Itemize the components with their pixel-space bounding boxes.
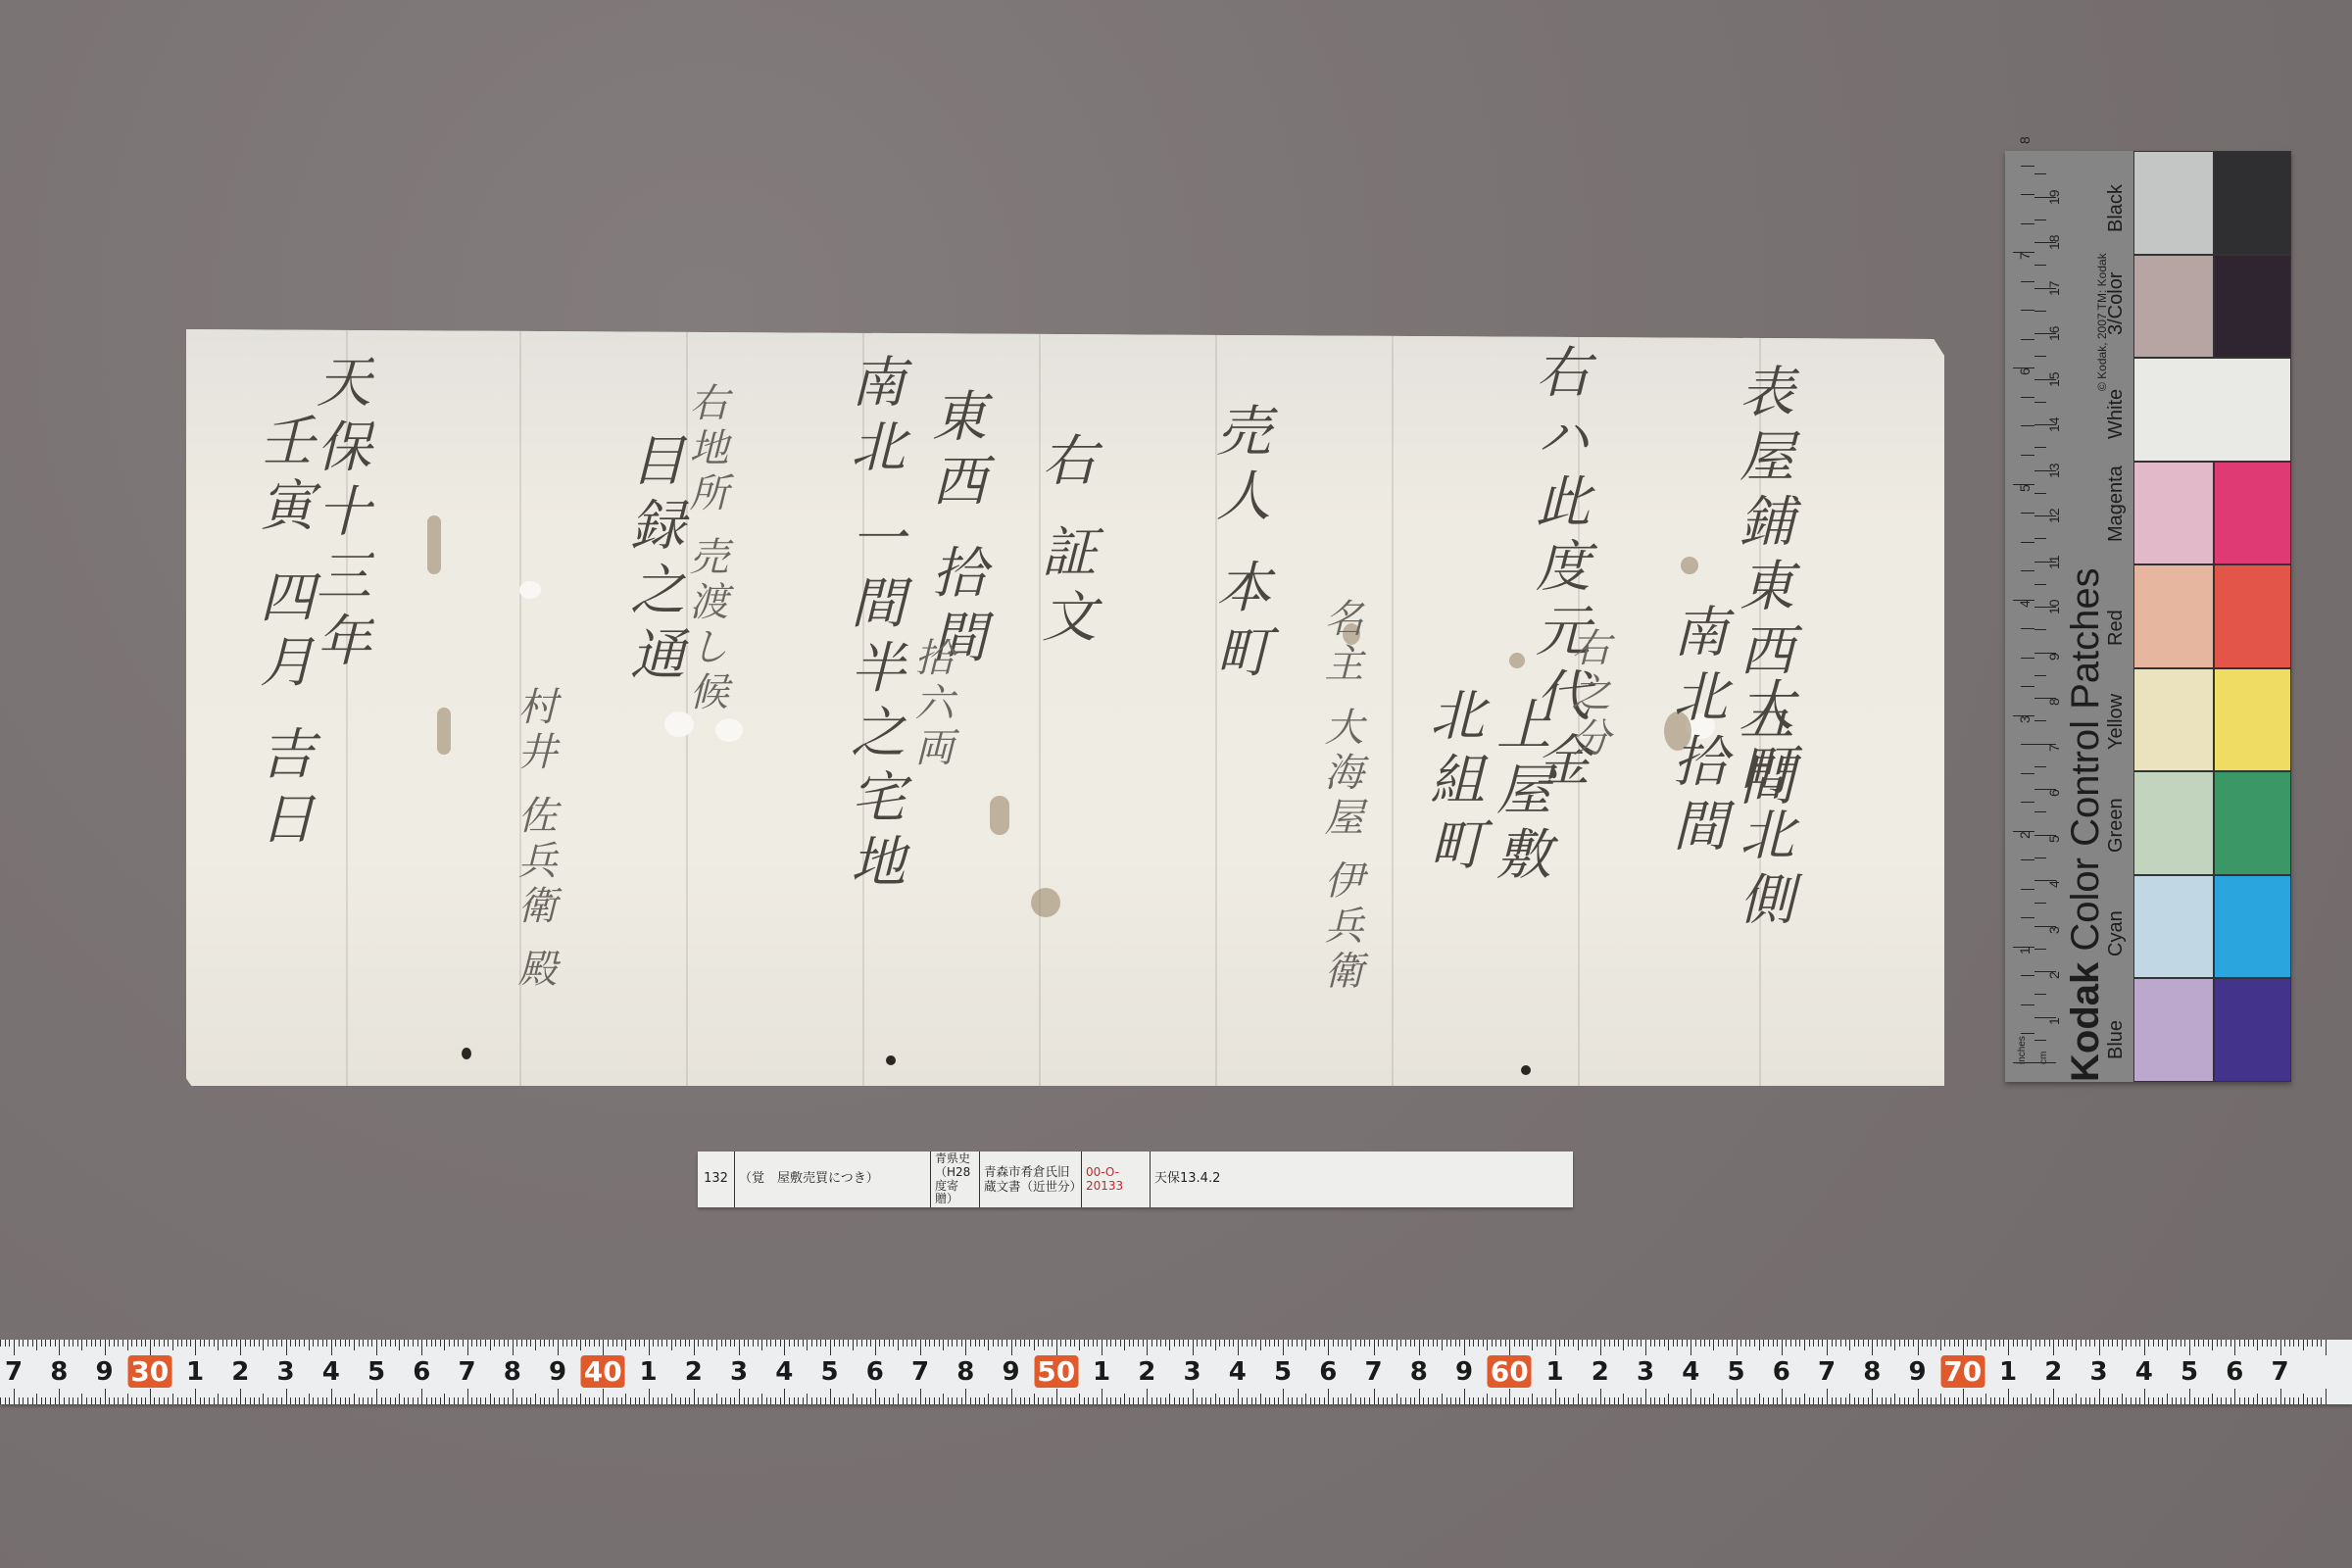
fold-line: [1392, 329, 1394, 1086]
tape-tick: [1704, 1340, 1705, 1347]
tape-tick: [2184, 1397, 2185, 1404]
tape-tick: [1052, 1397, 1053, 1404]
tape-tick: [834, 1397, 835, 1404]
tape-tick: [454, 1397, 455, 1404]
tape-tick: [190, 1397, 191, 1404]
tape-tick: [367, 1397, 368, 1404]
tape-tick: [906, 1397, 907, 1404]
tape-tick: [1545, 1397, 1546, 1404]
tape-tick: [1532, 1394, 1533, 1404]
tape-tick: [889, 1340, 890, 1347]
tape-cm-label: 1: [639, 1357, 657, 1387]
tape-tick: [1809, 1340, 1810, 1347]
tape-tick: [563, 1397, 563, 1404]
tape-tick: [956, 1397, 957, 1404]
tape-tick: [1854, 1340, 1855, 1347]
tape-tick: [276, 1397, 277, 1404]
tape-tick: [816, 1340, 817, 1347]
tape-tick: [9, 1397, 10, 1404]
tape-tick: [1949, 1340, 1950, 1347]
tape-tick: [2172, 1397, 2173, 1404]
tape-tick: [50, 1340, 51, 1347]
tape-tick: [218, 1340, 219, 1350]
tape-tick: [1972, 1397, 1973, 1404]
tape-tick: [1763, 1397, 1764, 1404]
patch-yellow-light: [2133, 668, 2214, 772]
tape-tick: [780, 1397, 781, 1404]
tape-tick: [2158, 1340, 2159, 1347]
tape-tick: [200, 1340, 201, 1347]
tape-tick: [1849, 1340, 1850, 1350]
tape-tick: [1740, 1340, 1741, 1347]
tape-tick: [1967, 1340, 1968, 1347]
catalog-title: （覚 屋敷売買につき）: [735, 1151, 931, 1207]
tape-tick: [1088, 1397, 1089, 1404]
tape-tick: [2122, 1340, 2123, 1350]
tape-tick: [1360, 1397, 1361, 1404]
tape-tick: [1387, 1397, 1388, 1404]
tape-tick: [204, 1340, 205, 1347]
tape-tick: [431, 1340, 432, 1347]
tape-tick: [1392, 1340, 1393, 1347]
tape-tick: [625, 1394, 626, 1404]
tape-tick: [86, 1340, 87, 1347]
tape-tick: [1578, 1340, 1579, 1350]
tape-tick: [1288, 1397, 1289, 1404]
tape-tick: [1283, 1389, 1284, 1404]
tape-tick: [313, 1340, 314, 1347]
tape-tick: [1369, 1397, 1370, 1404]
tape-tick: [943, 1394, 944, 1404]
tape-tick: [385, 1397, 386, 1404]
tape-tick: [639, 1397, 640, 1404]
tape-tick: [998, 1340, 999, 1347]
tape-tick: [2189, 1389, 2190, 1404]
tape-tick: [798, 1340, 799, 1347]
tape-tick: [1564, 1397, 1565, 1404]
tape-tick: [739, 1340, 740, 1355]
tape-tick: [903, 1397, 904, 1404]
tape-tick: [1927, 1340, 1928, 1347]
tape-tick: [961, 1397, 962, 1404]
tape-tick: [816, 1397, 817, 1404]
tape-tick: [2298, 1340, 2299, 1347]
tape-tick: [1595, 1340, 1596, 1347]
tape-tick: [770, 1397, 771, 1404]
tape-tick: [594, 1397, 595, 1404]
tape-tick: [1555, 1389, 1556, 1404]
tape-tick: [616, 1397, 617, 1404]
tape-tick: [118, 1397, 119, 1404]
tape-tick: [471, 1397, 472, 1404]
tape-tick: [1573, 1340, 1574, 1347]
tape-tick: [1922, 1397, 1923, 1404]
tape-tick: [1745, 1340, 1746, 1347]
tape-tick: [1260, 1340, 1261, 1350]
tape-tick: [761, 1394, 762, 1404]
calligraphy-column: 東西 拾間: [927, 387, 982, 673]
tape-tick: [1002, 1340, 1003, 1347]
tape-tick: [1011, 1389, 1012, 1404]
tape-tick: [440, 1397, 441, 1404]
tape-tick: [1459, 1340, 1460, 1347]
tape-tick: [1754, 1397, 1755, 1404]
ruler-tick: [2034, 493, 2046, 494]
patch-label: Cyan: [2105, 910, 2128, 956]
tape-tick: [1410, 1397, 1411, 1404]
tape-tick: [925, 1397, 926, 1404]
ruler-tick: [2021, 166, 2034, 167]
tape-tick: [1723, 1340, 1724, 1347]
tape-tick: [2072, 1340, 2073, 1347]
tape-tick: [1338, 1340, 1339, 1347]
patch-label: Yellow: [2105, 693, 2128, 749]
tape-tick: [1786, 1397, 1787, 1404]
tape-tick: [2085, 1397, 2086, 1404]
tape-tick: [1559, 1340, 1560, 1347]
tape-tick: [1918, 1389, 1919, 1404]
tape-tick: [127, 1394, 128, 1404]
tape-tick: [1935, 1340, 1936, 1347]
tape-tick: [843, 1397, 844, 1404]
tape-tick: [2035, 1340, 2036, 1347]
tape-tick: [69, 1340, 70, 1347]
tape-tick: [1301, 1397, 1302, 1404]
tape-tick: [906, 1340, 907, 1347]
tape-tick: [1628, 1397, 1629, 1404]
tape-tick: [1872, 1340, 1873, 1355]
tape-tick: [2108, 1340, 2109, 1347]
tape-cm-label: 4: [1229, 1357, 1247, 1387]
tape-tick: [2094, 1397, 2095, 1404]
patch-label: Blue: [2105, 1020, 2128, 1059]
water-stain: [427, 515, 441, 574]
tape-tick: [1333, 1340, 1334, 1347]
tape-tick: [1999, 1340, 2000, 1347]
tape-tick: [1297, 1397, 1298, 1404]
tape-tick: [141, 1397, 142, 1404]
tape-tick: [2099, 1389, 2100, 1404]
tape-tick: [853, 1394, 854, 1404]
tape-tick: [1944, 1397, 1945, 1404]
tape-tick: [2293, 1397, 2294, 1404]
tape-tick: [385, 1340, 386, 1347]
tape-tick: [1038, 1397, 1039, 1404]
tape-tick: [753, 1340, 754, 1347]
tape-tick: [2212, 1340, 2213, 1350]
tape-tick: [1559, 1397, 1560, 1404]
tape-tick: [879, 1397, 880, 1404]
tape-tick: [131, 1340, 132, 1347]
tape-tick: [2144, 1389, 2145, 1404]
tape-tick: [2280, 1389, 2281, 1404]
tape-tick: [1020, 1340, 1021, 1347]
tape-tick: [898, 1340, 899, 1350]
tape-tick: [467, 1389, 468, 1404]
tape-tick: [1668, 1340, 1669, 1350]
tape-tick: [177, 1397, 178, 1404]
tape-tick: [5, 1340, 6, 1347]
tape-tick: [1523, 1340, 1524, 1347]
tape-tick: [367, 1340, 368, 1347]
tape-tick: [494, 1397, 495, 1404]
tape-tick: [109, 1397, 110, 1404]
tape-tick: [19, 1340, 20, 1347]
tape-tick: [621, 1397, 622, 1404]
ruler-tick: [2021, 773, 2034, 774]
tape-tick: [91, 1397, 92, 1404]
ruler-cm-label: 12: [2046, 508, 2062, 523]
tape-tick: [2312, 1397, 2313, 1404]
patch-magenta-light: [2133, 462, 2214, 565]
tape-tick: [1542, 1397, 1543, 1404]
tape-tick: [716, 1340, 717, 1350]
tape-tick: [2053, 1389, 2054, 1404]
tape-tick: [1084, 1397, 1085, 1404]
tape-tick: [1233, 1397, 1234, 1404]
tape-tick: [775, 1340, 776, 1347]
tape-tick: [2112, 1397, 2113, 1404]
tape-tick: [1723, 1397, 1724, 1404]
tape-tick: [1745, 1397, 1746, 1404]
tape-tick: [218, 1394, 219, 1404]
tape-tick: [2022, 1397, 2023, 1404]
tape-tick: [1958, 1340, 1959, 1347]
tape-tick: [421, 1340, 422, 1355]
patch-label: Black: [2105, 184, 2128, 232]
tape-tick: [934, 1397, 935, 1404]
tape-tick: [513, 1389, 514, 1404]
tape-tick: [2139, 1340, 2140, 1347]
tape-cm-label: 7: [458, 1357, 475, 1387]
tape-tick: [711, 1397, 712, 1404]
tape-tick: [1749, 1397, 1750, 1404]
ruler-cm-label: 1: [2046, 1017, 2062, 1025]
tape-tick: [1623, 1394, 1624, 1404]
tape-tick: [1219, 1340, 1220, 1347]
tape-tick: [839, 1397, 840, 1404]
tape-tick: [1600, 1340, 1601, 1355]
tape-tick: [1383, 1397, 1384, 1404]
tape-tick: [1328, 1389, 1329, 1404]
tape-tick: [558, 1389, 559, 1404]
tape-tick: [1886, 1340, 1886, 1347]
calligraphy-column: 南北拾間: [1668, 603, 1723, 861]
tape-tick: [680, 1340, 681, 1347]
tape-tick: [1378, 1397, 1379, 1404]
tape-tick: [1632, 1397, 1633, 1404]
tape-tick: [2039, 1397, 2040, 1404]
tape-tick: [708, 1397, 709, 1404]
tape-tick: [1845, 1340, 1846, 1347]
tape-tick: [1079, 1340, 1080, 1350]
tape-tick: [998, 1397, 999, 1404]
tape-tick: [1754, 1340, 1755, 1347]
tape-tick: [114, 1340, 115, 1347]
tape-tick: [2135, 1340, 2136, 1347]
tape-tick: [1600, 1389, 1601, 1404]
tape-tick: [770, 1340, 771, 1347]
tape-tick: [1922, 1340, 1923, 1347]
tape-tick: [1115, 1340, 1116, 1347]
ruler-cm-label: 4: [2046, 880, 2062, 888]
calligraphy-column: 壬寅 四月 吉日: [255, 412, 310, 855]
tape-tick: [181, 1340, 182, 1347]
tape-tick: [766, 1397, 767, 1404]
tape-tick: [444, 1394, 445, 1404]
ruler-tick: [2021, 194, 2034, 195]
ruler-tick: [2034, 584, 2046, 585]
tape-tick: [1305, 1394, 1306, 1404]
tape-tick: [268, 1340, 269, 1347]
tape-tick: [1641, 1340, 1641, 1347]
tape-tick: [1160, 1340, 1161, 1347]
tape-cm-label: 1: [186, 1357, 204, 1387]
tape-tick: [635, 1340, 636, 1347]
tape-tick: [1473, 1340, 1474, 1347]
tape-tick: [725, 1397, 726, 1404]
tape-tick: [1858, 1397, 1859, 1404]
tape-tick: [1908, 1397, 1909, 1404]
tape-tick: [381, 1397, 382, 1404]
tape-tick: [371, 1397, 372, 1404]
tape-tick: [150, 1340, 151, 1355]
tape-tick: [150, 1389, 151, 1404]
tape-tick: [2058, 1397, 2059, 1404]
tape-tick: [1324, 1397, 1325, 1404]
tape-tick: [164, 1397, 165, 1404]
tape-tick: [1102, 1340, 1102, 1355]
calligraphy-column: 目録之通: [625, 431, 680, 690]
tape-tick: [1288, 1340, 1289, 1347]
tape-tick: [259, 1397, 260, 1404]
tape-tick: [599, 1340, 600, 1347]
tape-tick: [1310, 1397, 1311, 1404]
tape-tick: [2176, 1340, 2177, 1347]
tape-tick: [1836, 1397, 1837, 1404]
tape-tick: [608, 1397, 609, 1404]
tape-tick: [27, 1397, 28, 1404]
tape-tick: [1700, 1397, 1701, 1404]
tape-tick: [939, 1397, 940, 1404]
tape-tick: [431, 1397, 432, 1404]
tape-tick: [2053, 1340, 2054, 1355]
tape-tick: [1478, 1397, 1479, 1404]
tape-tick: [508, 1397, 509, 1404]
tape-tick: [1822, 1340, 1823, 1347]
ruler-tick: [2034, 857, 2046, 858]
tape-tick: [748, 1340, 749, 1347]
tape-tick: [131, 1397, 132, 1404]
tape-tick: [2167, 1340, 2168, 1350]
ruler-tick: [2034, 220, 2046, 220]
tape-tick: [250, 1397, 251, 1404]
tape-tick: [2276, 1340, 2277, 1347]
tape-tick: [1759, 1394, 1760, 1404]
ruler-tick: [2021, 686, 2034, 687]
tape-tick: [884, 1397, 885, 1404]
tape-tick: [1954, 1340, 1955, 1347]
tape-tick: [331, 1340, 332, 1355]
catalog-number: 132: [698, 1151, 735, 1207]
tape-tick: [1314, 1397, 1315, 1404]
tape-cm-label: 4: [322, 1357, 340, 1387]
tape-tick: [1614, 1397, 1615, 1404]
tape-tick: [1645, 1389, 1646, 1404]
tape-tick: [1832, 1340, 1833, 1347]
tape-tick: [1931, 1340, 1932, 1347]
tape-tick: [1450, 1397, 1451, 1404]
tape-tick: [164, 1340, 165, 1347]
tape-tick: [1387, 1340, 1388, 1347]
tape-tick: [1193, 1389, 1194, 1404]
tape-tick: [653, 1397, 654, 1404]
tape-tick: [399, 1340, 400, 1350]
tape-tick: [711, 1340, 712, 1347]
tape-tick: [240, 1389, 241, 1404]
tape-tick: [59, 1389, 60, 1404]
tape-tick: [318, 1340, 318, 1347]
tape-tick: [250, 1340, 251, 1347]
tape-tick: [463, 1397, 464, 1404]
tape-tick: [404, 1340, 405, 1347]
tape-tick: [1519, 1397, 1520, 1404]
tape-tick: [1682, 1397, 1683, 1404]
patch-label: White: [2105, 389, 2128, 439]
tape-tick: [95, 1340, 96, 1347]
tape-tick: [2303, 1394, 2304, 1404]
water-stain: [1509, 653, 1525, 668]
tape-tick: [553, 1397, 554, 1404]
tape-cm-label: 5: [1274, 1357, 1292, 1387]
ruler-tick: [2021, 542, 2034, 543]
tape-cm-label: 3: [276, 1357, 294, 1387]
tape-tick: [2089, 1340, 2090, 1347]
catalog-id: 00-O-20133: [1082, 1151, 1151, 1207]
tape-tick: [77, 1397, 78, 1404]
tape-tick: [1446, 1340, 1447, 1347]
tape-tick: [1623, 1340, 1624, 1350]
tape-tick: [1174, 1340, 1175, 1347]
tape-tick: [195, 1340, 196, 1355]
tape-tick: [1759, 1340, 1760, 1350]
tape-tick: [1238, 1389, 1239, 1404]
tape-tick: [95, 1397, 96, 1404]
tape-tick: [1002, 1397, 1003, 1404]
tape-tick: [1687, 1340, 1688, 1347]
calligraphy-column: 右地所 売渡し候: [686, 382, 725, 716]
tape-cm-label: 4: [1682, 1357, 1699, 1387]
tape-cm-label: 5: [2180, 1357, 2198, 1387]
tape-tick: [758, 1340, 759, 1347]
tape-tick: [2198, 1397, 2199, 1404]
tape-tick: [1709, 1397, 1710, 1404]
tape-tick: [263, 1394, 264, 1404]
tape-cm-label: 5: [820, 1357, 838, 1387]
tape-tick: [159, 1340, 160, 1347]
tape-tick: [504, 1340, 505, 1347]
tape-tick: [585, 1397, 586, 1404]
tape-tick: [177, 1340, 178, 1347]
tape-tick: [1650, 1340, 1651, 1347]
tape-tick: [1827, 1340, 1828, 1355]
tape-tick: [716, 1394, 717, 1404]
tape-cm-label: 7: [1818, 1357, 1836, 1387]
tape-tick: [1963, 1389, 1964, 1404]
tape-tick: [335, 1340, 336, 1347]
ruler-cm-label: 6: [2046, 789, 2062, 797]
tape-tick: [231, 1340, 232, 1347]
